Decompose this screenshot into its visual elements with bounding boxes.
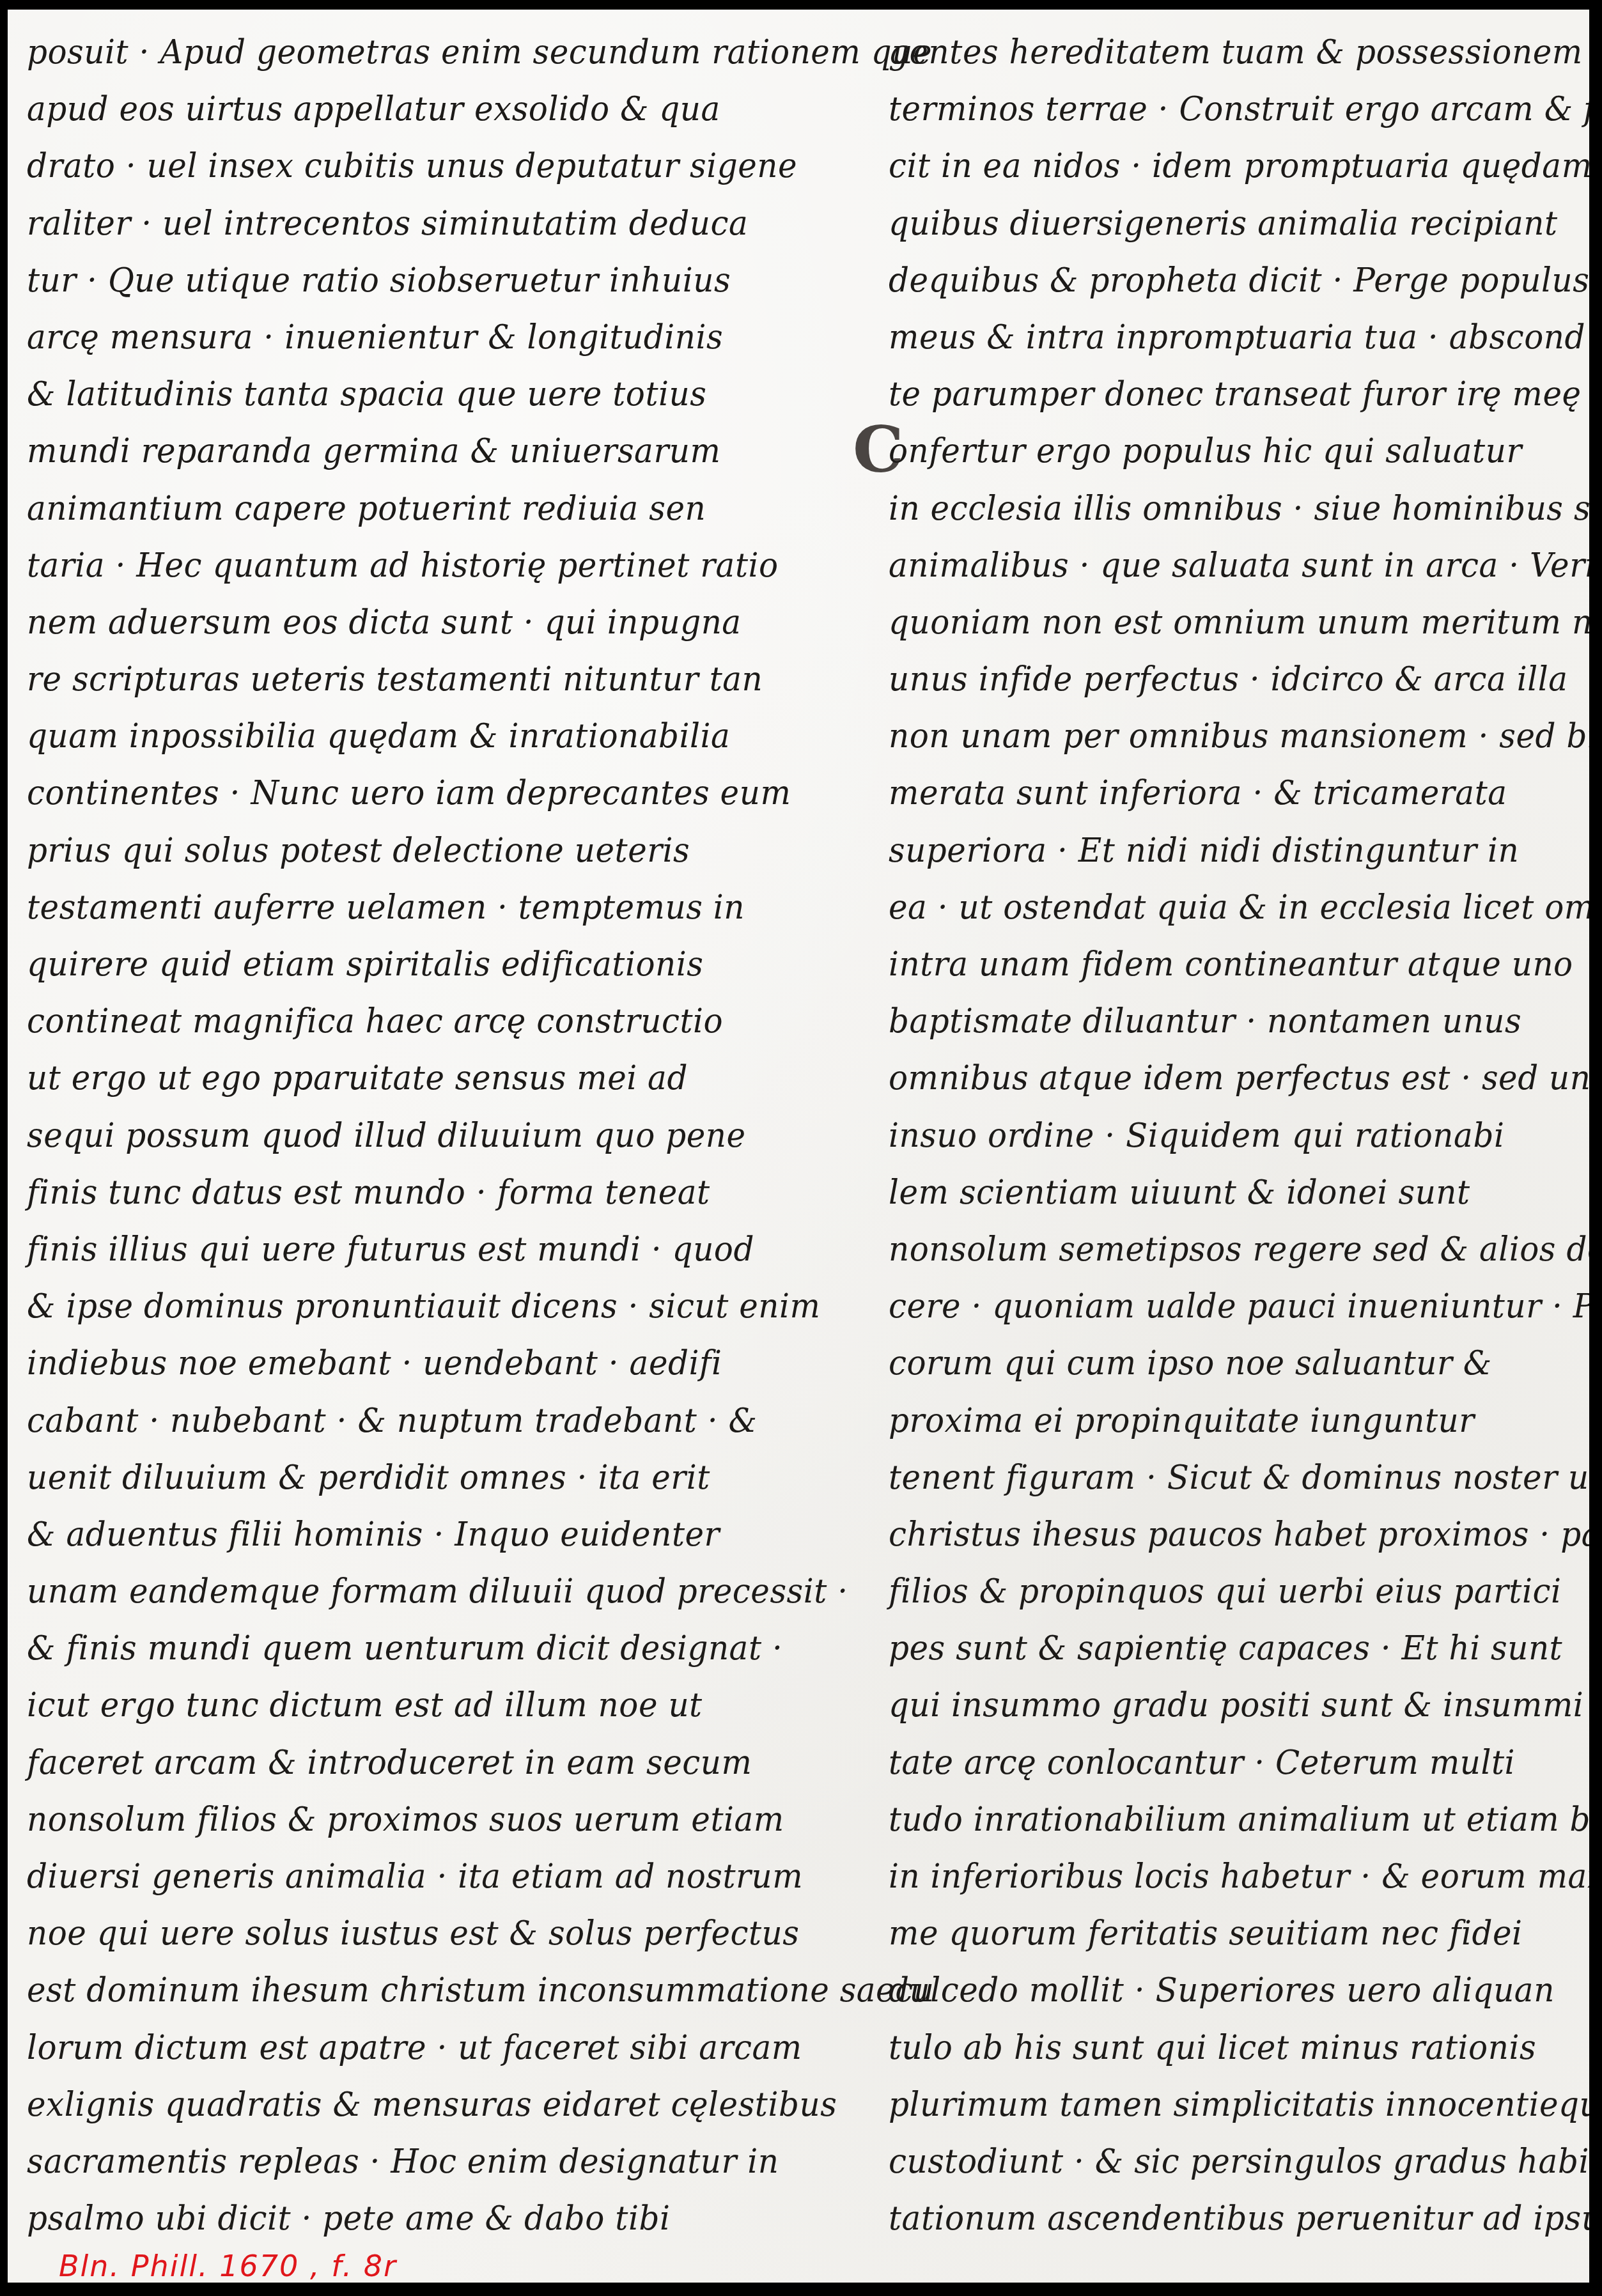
text-line: quibus diuersigeneris animalia recipiant (889, 193, 1589, 253)
text-line: tulo ab his sunt qui licet minus rationi… (889, 2017, 1589, 2077)
shelfmark-annotation: Bln. Phill. 1670 , f. 8r (59, 2249, 397, 2283)
right-text-column: gentes hereditatem tuam & possessionem t… (889, 24, 1589, 2247)
text-line: lorum dictum est apatre · ut faceret sib… (27, 2017, 762, 2077)
text-line: prius qui solus potest delectione ueteri… (27, 820, 762, 880)
text-line: & ipse dominus pronuntiauit dicens · sic… (27, 1276, 762, 1337)
text-line: corum qui cum ipso noe saluantur & (889, 1333, 1589, 1393)
text-line: cere · quoniam ualde pauci inueniuntur ·… (889, 1276, 1589, 1337)
text-line: diuersi generis animalia · ita etiam ad … (27, 1847, 762, 1907)
text-line: qui insummo gradu positi sunt & insummi (889, 1675, 1589, 1735)
text-line: omnibus atque idem perfectus est · sed u… (889, 1048, 1589, 1108)
text-line: sacramentis repleas · Hoc enim designatu… (27, 2132, 762, 2192)
text-line: quirere quid etiam spiritalis edificatio… (27, 935, 762, 995)
text-line: mundi reparanda germina & uniuersarum (27, 421, 762, 481)
text-line: faceret arcam & introduceret in eam secu… (27, 1732, 762, 1792)
text-line: nonsolum semetipsos regere sed & alios d… (889, 1220, 1589, 1280)
text-line: christus ihesus paucos habet proximos · … (889, 1505, 1589, 1565)
text-line: icut ergo tunc dictum est ad illum noe u… (27, 1675, 762, 1735)
text-line: animantium capere potuerint rediuia sen (27, 478, 762, 538)
text-line: nem aduersum eos dicta sunt · qui inpugn… (27, 593, 762, 653)
text-line: insuo ordine · Siquidem qui rationabi (889, 1105, 1589, 1165)
text-line: & finis mundi quem uenturum dicit design… (27, 1618, 762, 1679)
text-line: terminos terrae · Construit ergo arcam &… (889, 79, 1589, 139)
text-line: psalmo ubi dicit · pete ame & dabo tibi (27, 2189, 762, 2249)
text-line: proxima ei propinquitate iunguntur (889, 1390, 1589, 1450)
text-line: ea · ut ostendat quia & in ecclesia lice… (889, 878, 1589, 938)
text-line: indiebus noe emebant · uendebant · aedif… (27, 1333, 762, 1393)
text-line: pes sunt & sapientię capaces · Et hi sun… (889, 1618, 1589, 1679)
text-line: uenit diluuium & perdidit omnes · ita er… (27, 1447, 762, 1507)
text-line: unam eandemque formam diluuii quod prece… (27, 1562, 762, 1622)
text-line: baptismate diluantur · nontamen unus (889, 991, 1589, 1051)
text-line: quoniam non est omnium unum meritum nec (889, 593, 1589, 653)
text-line: me quorum feritatis seuitiam nec fidei (889, 1904, 1589, 1964)
text-line: filios & propinquos qui uerbi eius parti… (889, 1562, 1589, 1622)
text-line: gentes hereditatem tuam & possessionem t… (889, 22, 1589, 82)
text-line: & aduentus filii hominis · Inquo euident… (27, 1505, 762, 1565)
text-line: continentes · Nunc uero iam deprecantes … (27, 763, 762, 823)
text-line: sequi possum quod illud diluuium quo pen… (27, 1105, 762, 1165)
text-line: in inferioribus locis habetur · & eorum … (889, 1847, 1589, 1907)
text-line: dulcedo mollit · Superiores uero aliquan (889, 1960, 1589, 2021)
text-line: arcę mensura · inuenientur & longitudini… (27, 307, 762, 368)
text-line: est dominum ihesum christum inconsummati… (27, 1960, 762, 2021)
text-line: posuit · Apud geometras enim secundum ra… (27, 22, 762, 82)
text-line: noe qui uere solus iustus est & solus pe… (27, 1904, 762, 1964)
text-line: plurimum tamen simplicitatis innocentieq… (889, 2075, 1589, 2135)
text-line: tenent figuram · Sicut & dominus noster … (889, 1447, 1589, 1507)
text-line: testamenti auferre uelamen · temptemus i… (27, 878, 762, 938)
text-line: superiora · Et nidi nidi distinguntur in (889, 820, 1589, 880)
manuscript-page: posuit · Apud geometras enim secundum ra… (8, 10, 1589, 2283)
text-line: contineat magnifica haec arcę constructi… (27, 991, 762, 1051)
text-line: ut ergo ut ego pparuitate sensus mei ad (27, 1048, 762, 1108)
text-line: onfertur ergo populus hic qui saluatur (889, 421, 1589, 481)
text-line: tur · Que utique ratio siobseruetur inhu… (27, 251, 762, 311)
text-line: & latitudinis tanta spacia que uere toti… (27, 364, 762, 424)
text-line: tationum ascendentibus peruenitur ad ips… (889, 2189, 1589, 2249)
left-text-column: posuit · Apud geometras enim secundum ra… (27, 24, 762, 2247)
text-line: finis illius qui uere futurus est mundi … (27, 1220, 762, 1280)
text-line: merata sunt inferiora · & tricamerata (889, 763, 1589, 823)
text-line: lem scientiam uiuunt & idonei sunt (889, 1163, 1589, 1223)
text-line: cabant · nubebant · & nuptum tradebant ·… (27, 1390, 762, 1450)
text-line: animalibus · que saluata sunt in arca · … (889, 535, 1589, 595)
text-line: tate arcę conlocantur · Ceterum multi (889, 1732, 1589, 1792)
text-line: cit in ea nidos · idem promptuaria quęda… (889, 136, 1589, 196)
text-line: finis tunc datus est mundo · forma tenea… (27, 1163, 762, 1223)
text-line: nonsolum filios & proximos suos uerum et… (27, 1790, 762, 1850)
text-line: drato · uel insex cubitis unus deputatur… (27, 136, 762, 196)
text-line: quam inpossibilia quędam & inrationabili… (27, 706, 762, 766)
text-line: custodiunt · & sic persingulos gradus ha… (889, 2132, 1589, 2192)
text-line: taria · Hec quantum ad historię pertinet… (27, 535, 762, 595)
text-line: in ecclesia illis omnibus · siue hominib… (889, 478, 1589, 538)
text-line: re scripturas ueteris testamenti nituntu… (27, 649, 762, 710)
text-line: non unam per omnibus mansionem · sed bic… (889, 706, 1589, 766)
text-line: apud eos uirtus appellatur exsolido & qu… (27, 79, 762, 139)
text-line: raliter · uel intrecentos siminutatim de… (27, 193, 762, 253)
text-line: dequibus & propheta dicit · Perge populu… (889, 251, 1589, 311)
text-line: unus infide perfectus · idcirco & arca i… (889, 649, 1589, 710)
text-line: intra unam fidem contineantur atque uno (889, 935, 1589, 995)
text-line: tudo inrationabilium animalium ut etiam … (889, 1790, 1589, 1850)
text-line: te parumper donec transeat furor irę meę (889, 364, 1589, 424)
text-line: exlignis quadratis & mensuras eidaret cę… (27, 2075, 762, 2135)
text-line: meus & intra inpromptuaria tua · abscond (889, 307, 1589, 368)
